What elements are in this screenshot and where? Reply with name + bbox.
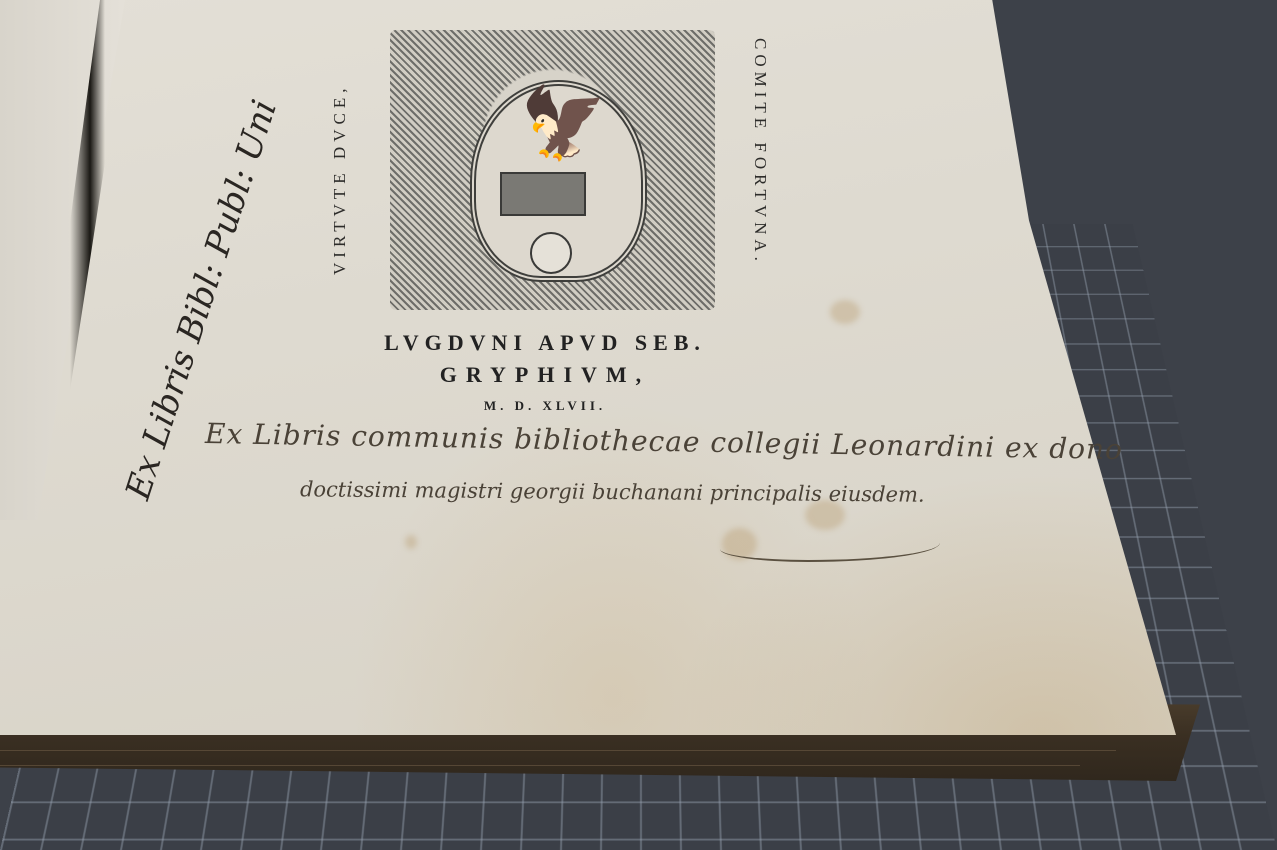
motto-left: VIRTVTE DVCE, — [330, 84, 350, 275]
imprint-year: M. D. XLVII. — [460, 398, 630, 414]
foxing-stain — [830, 300, 860, 324]
foxing-stain — [405, 535, 417, 549]
motto-right: COMITE FORTVNA. — [750, 38, 770, 266]
imprint-place: LVGDVNI APVD SEB. — [310, 330, 780, 356]
imprint-printer: GRYPHIVM, — [395, 362, 695, 388]
winged-sphere — [530, 232, 572, 274]
griffin-icon: 🦅 — [520, 90, 607, 160]
page-edge-line — [0, 750, 1116, 751]
page-edge-line — [0, 765, 1080, 766]
device-block — [500, 172, 586, 216]
